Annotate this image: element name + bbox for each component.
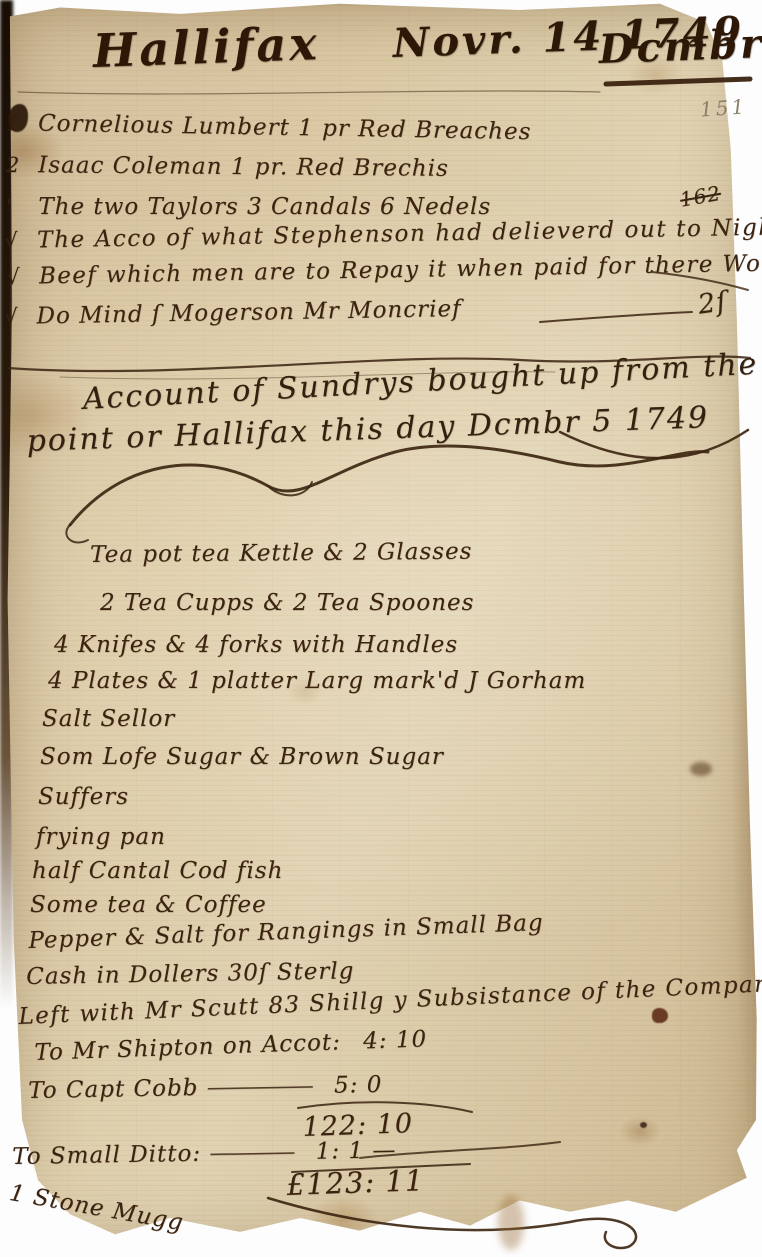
account-row: To Capt Cobb ————— 5: 0: [28, 1072, 383, 1104]
ledger-entry: √ Do Mind ſ Mogerson Mr Moncrief: [4, 296, 462, 330]
account-row: To Small Ditto: ———— 1: 1 —: [12, 1137, 397, 1170]
ink-dash: —————: [206, 1073, 311, 1101]
ledger-entry: 1 Cornelious Lumbert 1 pr Red Breaches: [6, 110, 532, 145]
sundry-text: 2 Tea Cupps & 2 Tea Spoones: [100, 590, 474, 616]
entry-text: Do Mind ſ Mogerson Mr Moncrief: [36, 296, 461, 329]
margin-mark: 1: [6, 111, 30, 135]
text-layer: Hallifax Novr. 14 1749 Dcmbr 5 151 1 Cor…: [0, 0, 762, 1257]
account-label: To Mr Shipton on Accot:: [34, 1029, 341, 1066]
ledger-entry: ' The two Taylors 3 Candals 6 Nedels: [6, 194, 491, 220]
sundry-item: Cash in Dollers 30ſ Sterlg: [26, 958, 355, 990]
sundry-item: 4 Plates & 1 platter Larg mark'd J Gorha…: [48, 668, 586, 694]
sundry-item: 2 Tea Cupps & 2 Tea Spoones: [100, 590, 474, 616]
sundry-item: half Cantal Cod fish: [32, 858, 283, 884]
sundry-item: Some tea & Coffee: [30, 892, 267, 918]
entry-value: 2ſ: [696, 286, 729, 321]
header-place: Hallifax: [92, 16, 320, 78]
sundry-item: frying pan: [36, 824, 166, 850]
footer-item: 1 Stone Mugg: [7, 1180, 185, 1236]
check-mark: √: [4, 229, 28, 253]
sundry-item: Suffers: [38, 784, 129, 810]
header-date-right: Dcmbr 5: [598, 19, 762, 73]
accounts-total: £123: 11: [286, 1163, 425, 1202]
entry-text: Cornelious Lumbert 1 pr Red Breaches: [38, 111, 532, 146]
ledger-entry: 2 Isaac Coleman 1 pr. Red Brechis: [6, 152, 449, 182]
sundry-text: Suffers: [38, 784, 129, 810]
margin-mark: 2: [6, 153, 30, 177]
account-amount: 5: 0: [334, 1072, 383, 1099]
ledger-entry: √ Beef which men are to Repay it when pa…: [6, 250, 762, 290]
account-amount: 4: 10: [363, 1026, 428, 1054]
check-mark: √: [4, 305, 28, 329]
ink-dash: ————: [209, 1139, 293, 1166]
entry-text: The two Taylors 3 Candals 6 Nedels: [38, 194, 491, 220]
account-label: To Capt Cobb: [28, 1075, 199, 1104]
sundry-text: frying pan: [36, 824, 166, 850]
sundry-item: 4 Knifes & 4 forks with Handles: [54, 632, 458, 658]
struck-out-figure: 162: [678, 181, 723, 212]
sundry-item: Som Lofe Sugar & Brown Sugar: [40, 744, 444, 770]
entry-text: Isaac Coleman 1 pr. Red Brechis: [38, 152, 449, 182]
account-amount: 1: 1 —: [315, 1137, 396, 1164]
sundry-text: Some tea & Coffee: [30, 892, 267, 918]
sundry-text: Salt Sellor: [42, 706, 175, 732]
account-label: To Small Ditto:: [12, 1141, 201, 1170]
account-row: To Mr Shipton on Accot: 4: 10: [34, 1026, 428, 1066]
sundry-text: Cash in Dollers 30ſ Sterlg: [26, 958, 355, 990]
sundry-item: Tea pot tea Kettle & 2 Glasses: [90, 539, 473, 568]
pencil-folio-number: 151: [699, 94, 748, 121]
sundry-text: 4 Knifes & 4 forks with Handles: [54, 632, 458, 658]
sundry-text: half Cantal Cod fish: [32, 858, 283, 884]
sundry-text: Tea pot tea Kettle & 2 Glasses: [90, 539, 473, 568]
scanned-manuscript-page: Hallifax Novr. 14 1749 Dcmbr 5 151 1 Cor…: [0, 0, 762, 1257]
sundry-text: Som Lofe Sugar & Brown Sugar: [40, 744, 444, 770]
margin-mark: ': [6, 195, 30, 219]
entry-text: Beef which men are to Repay it when paid…: [39, 250, 762, 290]
check-mark: √: [6, 265, 30, 289]
sundry-item: Salt Sellor: [42, 706, 175, 732]
sundry-text: 4 Plates & 1 platter Larg mark'd J Gorha…: [48, 668, 586, 694]
